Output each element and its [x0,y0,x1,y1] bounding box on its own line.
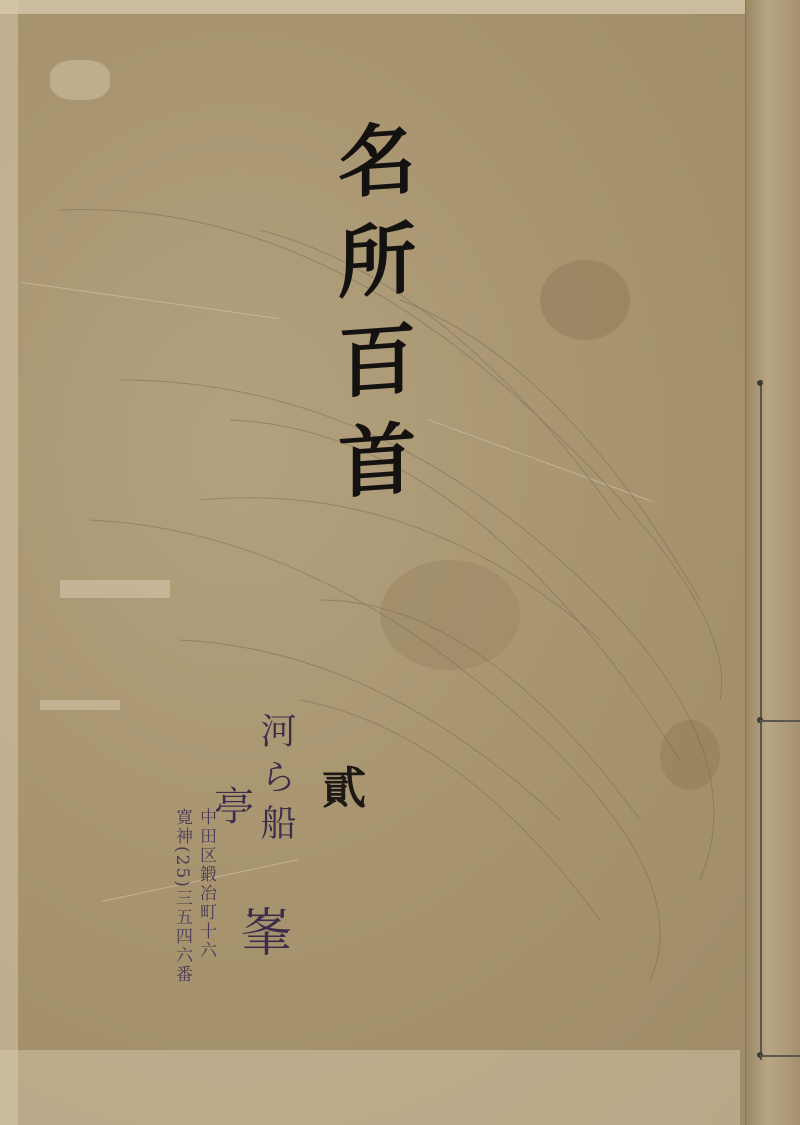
binding-hole [757,380,763,386]
address-stamp-column-2: 中田区鍛冶町十六 [196,808,216,960]
volume-number: 貳 [322,752,366,816]
binding-spine [745,0,800,1125]
address-stamp-column-1: 寛神(25)三五四六番 [172,808,192,984]
owner-mark: 亭 [214,775,254,832]
owner-seal: 峯 [224,905,299,957]
book-cover: 名所百首 貳 河ら船 亭 寛神(25)三五四六番 中田区鍛冶町十六 峯 [0,0,800,1125]
binding-stitch [760,720,800,722]
book-title: 名所百首 [330,117,410,523]
owner-inscription: 河ら船 [255,712,295,850]
binding-stitch [760,1055,800,1057]
